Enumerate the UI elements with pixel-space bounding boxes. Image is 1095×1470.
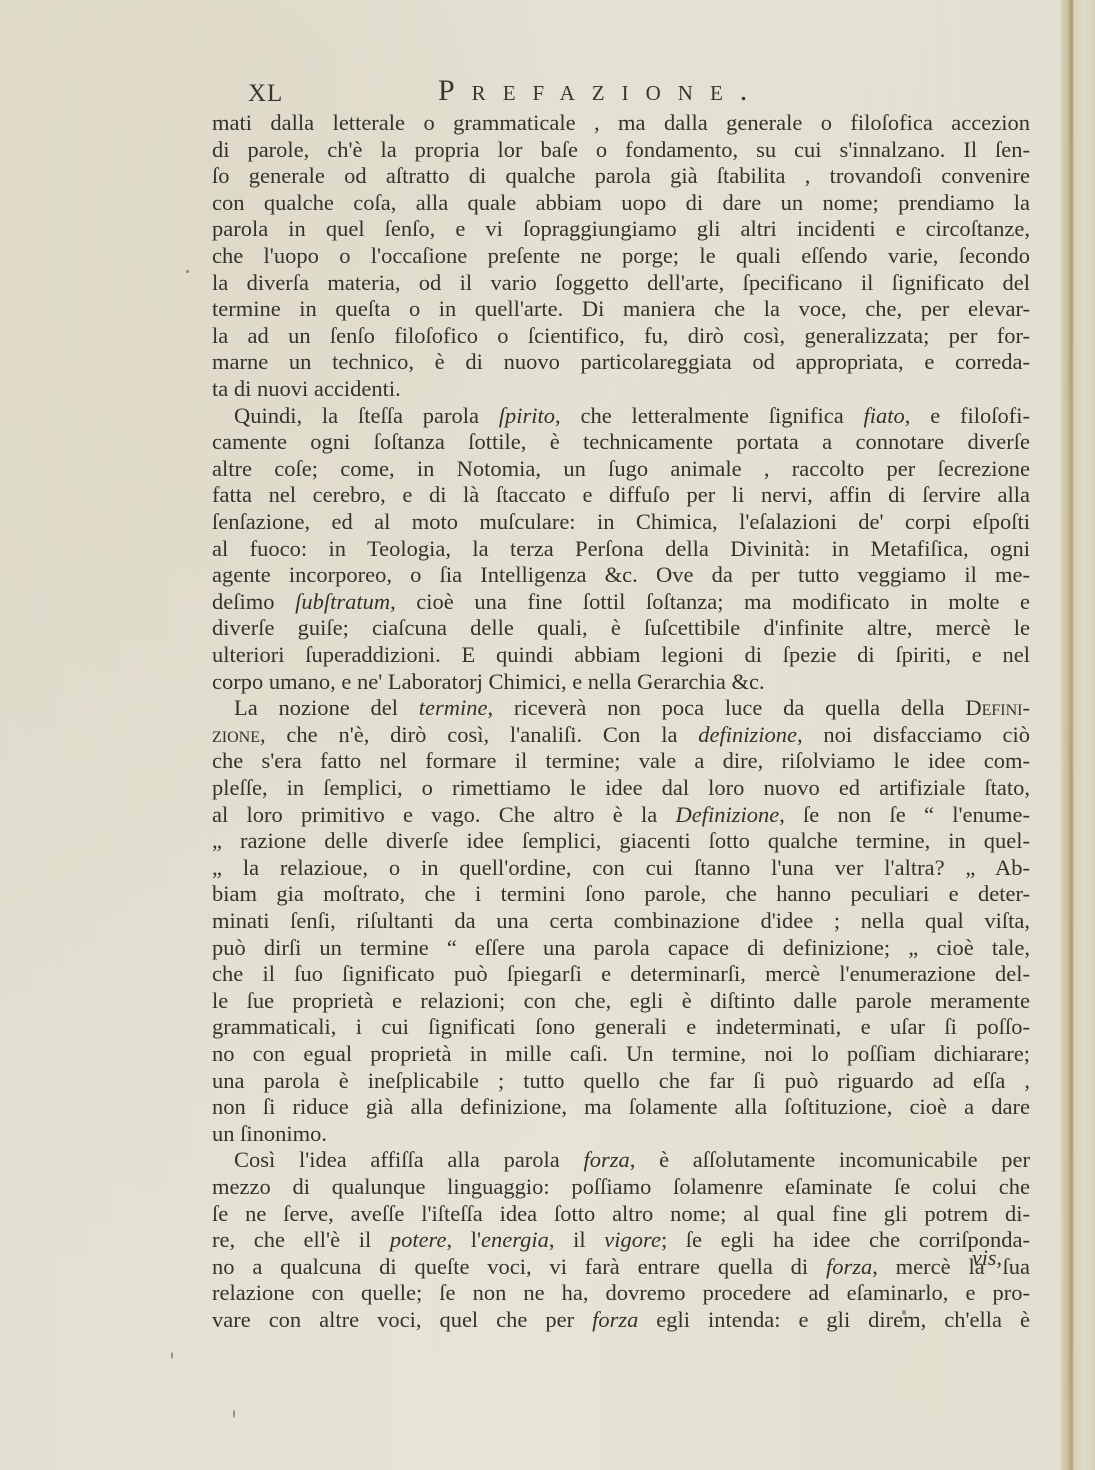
- text-line: marne un technico, è di nuovo particolar…: [212, 349, 1030, 375]
- text-line: di parole, ch'è la propria lor baſe o fo…: [212, 137, 1030, 163]
- text-line: ſe ne ſerve, aveſſe l'iſteſſa idea ſotto…: [212, 1201, 1030, 1227]
- text-line: che il ſuo ſignificato può ſpiegarſi e d…: [212, 961, 1030, 987]
- text-line: corpo umano, e ne' Laboratorj Chimici, e…: [212, 669, 765, 695]
- text-line: le ſue proprietà e relazioni; con che, e…: [212, 988, 1030, 1014]
- text-line: „ la relazioue, o in quell'ordine, con c…: [212, 855, 1030, 881]
- text-line: ta di nuovi accidenti.: [212, 376, 401, 402]
- text-line: mezzo di qualunque linguaggio: poſſiamo …: [212, 1174, 1030, 1200]
- text-line: no a qualcuna di queſte voci, vi farà en…: [212, 1254, 1030, 1280]
- text-line: altre coſe; come, in Notomia, un ſugo an…: [212, 456, 1030, 482]
- text-line: al fuoco: in Teologia, la terza Perſona …: [212, 536, 1030, 562]
- paper-speck: [902, 1310, 906, 1315]
- text-line: ſenſazione, ed al moto muſculare: in Chi…: [212, 509, 1030, 535]
- text-line: minati ſenſi, riſultanti da una certa co…: [212, 908, 1030, 934]
- paper-speck: [171, 1352, 173, 1359]
- text-line: che s'era fatto nel formare il termine; …: [212, 748, 1030, 774]
- text-line: relazione con quelle; ſe non ne ha, dovr…: [212, 1280, 1030, 1306]
- text-line: ulteriori ſuperaddizioni. E quindi abbia…: [212, 642, 1030, 668]
- text-line: Così l'idea affiſſa alla parola forza, è…: [234, 1147, 1030, 1173]
- text-line: grammaticali, i cui ſignificati ſono gen…: [212, 1014, 1030, 1040]
- text-line: mati dalla letterale o grammaticale , ma…: [212, 110, 1030, 136]
- text-line: vare con altre voci, quel che per forza …: [212, 1307, 1030, 1333]
- text-line: con qualche coſa, alla quale abbiam uopo…: [212, 190, 1030, 216]
- text-line: la diverſa materia, od il vario ſoggetto…: [212, 270, 1030, 296]
- body-text: mati dalla letterale o grammaticale , ma…: [0, 0, 1095, 1470]
- text-line: che l'uopo o l'occaſione preſente ne por…: [212, 243, 1030, 269]
- text-line: ſo generale od aſtratto di qualche parol…: [212, 163, 1030, 189]
- text-line: fatta nel cerebro, e di là ſtaccato e di…: [212, 482, 1030, 508]
- text-line: re, che ell'è il potere, l'energia, il v…: [212, 1227, 1030, 1253]
- paper-speck: [186, 270, 189, 273]
- text-line: agente incorporeo, o ſia Intelligenza &c…: [212, 562, 1030, 588]
- text-line: parola in quel ſenſo, e vi ſopraggiungia…: [212, 216, 1030, 242]
- text-line: una parola è ineſplicabile ; tutto quell…: [212, 1068, 1030, 1094]
- paper-speck: [233, 1410, 235, 1418]
- text-line: „ razione delle diverſe idee ſemplici, g…: [212, 828, 1030, 854]
- text-line: può dirſi un termine “ eſſere una parola…: [212, 935, 1030, 961]
- text-line: deſimo ſubſtratum, cioè una fine ſottil …: [212, 589, 1030, 615]
- text-line: un ſinonimo.: [212, 1121, 327, 1147]
- text-line: pleſſe, in ſemplici, o rimettiamo le ide…: [212, 775, 1030, 801]
- catchword: vis,: [972, 1245, 1002, 1271]
- text-line: diverſe guiſe; ciaſcuna delle quali, è ſ…: [212, 615, 1030, 641]
- text-line: Quindi, la ſteſſa parola ſpirito, che le…: [234, 403, 1030, 429]
- text-line: La nozione del termine, riceverà non poc…: [234, 695, 1030, 721]
- text-line: zione, che n'è, dirò così, l'analiſi. Co…: [212, 722, 1030, 748]
- text-line: al loro primitivo e vago. Che altro è la…: [212, 802, 1030, 828]
- text-line: camente ogni ſoſtanza ſottile, è technic…: [212, 429, 1030, 455]
- text-line: non ſi riduce già alla definizione, ma ſ…: [212, 1094, 1030, 1120]
- text-line: no con egual proprietà in mille caſi. Un…: [212, 1041, 1030, 1067]
- text-line: la ad un ſenſo filoſofico o ſcientifico,…: [212, 323, 1030, 349]
- text-line: termine in queſta o in quell'arte. Di ma…: [212, 296, 1030, 322]
- text-line: biam gia moſtrato, che i termini ſono pa…: [212, 881, 1030, 907]
